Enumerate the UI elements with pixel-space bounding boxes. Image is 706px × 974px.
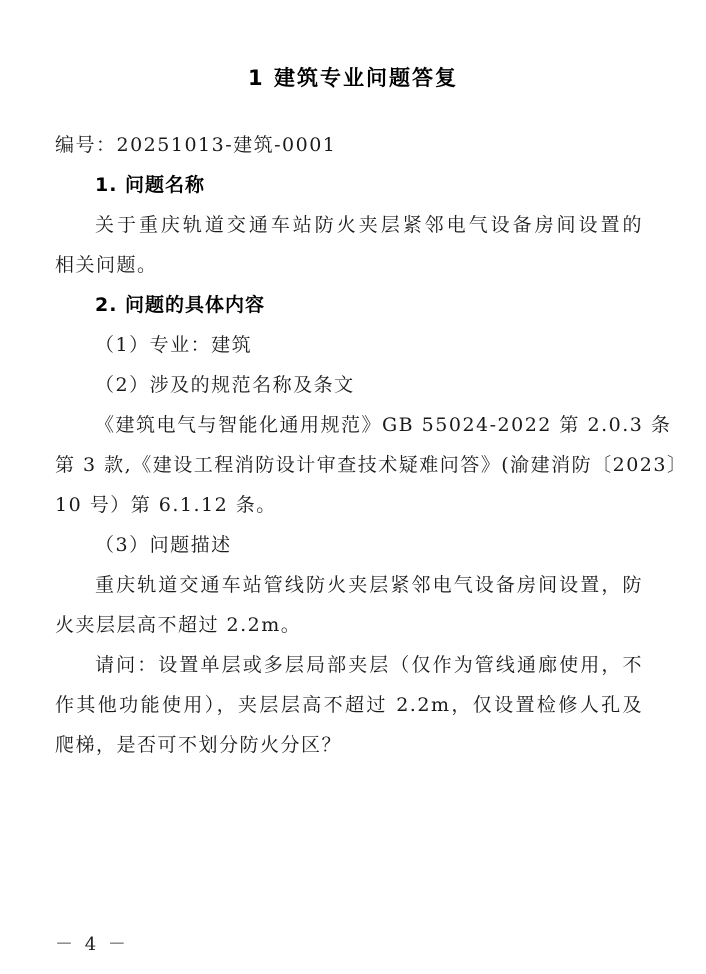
question-line-1: 请问：设置单层或多层局部夹层（仅作为管线通廊使用，不 <box>95 652 643 678</box>
problem-name-line-2: 相关问题。 <box>55 252 655 278</box>
question-line-2: 作其他功能使用），夹层层高不超过 2.2m，仅设置检修人孔及 <box>55 692 643 718</box>
document-title: 1 建筑专业问题答复 <box>0 62 706 92</box>
question-line-3: 爬梯，是否可不划分防火分区？ <box>55 732 655 758</box>
problem-name-line-1: 关于重庆轨道交通车站防火夹层紧邻电气设备房间设置的 <box>95 212 643 238</box>
code-reference-line-2: 第 3 款,《建设工程消防设计审查技术疑难问答》(渝建消防〔2023〕 <box>55 452 643 478</box>
page-number: － 4 － <box>55 930 129 956</box>
description-line-1: 重庆轨道交通车站管线防火夹层紧邻电气设备房间设置，防 <box>95 572 643 598</box>
code-reference-line-1: 《建筑电气与智能化通用规范》GB 55024-2022 第 2.0.3 条 <box>95 412 643 438</box>
description-line-2: 火夹层层高不超过 2.2m。 <box>55 612 655 638</box>
subsection-discipline: （1）专业：建筑 <box>95 332 695 358</box>
subsection-problem-description: （3）问题描述 <box>95 532 695 558</box>
section-heading-problem-name: 1. 问题名称 <box>95 172 695 198</box>
document-page: 1 建筑专业问题答复 编号：20251013-建筑-0001 1. 问题名称 关… <box>0 0 706 974</box>
code-reference-line-3: 10 号）第 6.1.12 条。 <box>55 492 655 518</box>
serial-number: 编号：20251013-建筑-0001 <box>55 132 655 158</box>
section-heading-problem-content: 2. 问题的具体内容 <box>95 292 695 318</box>
subsection-code-references: （2）涉及的规范名称及条文 <box>95 372 695 398</box>
